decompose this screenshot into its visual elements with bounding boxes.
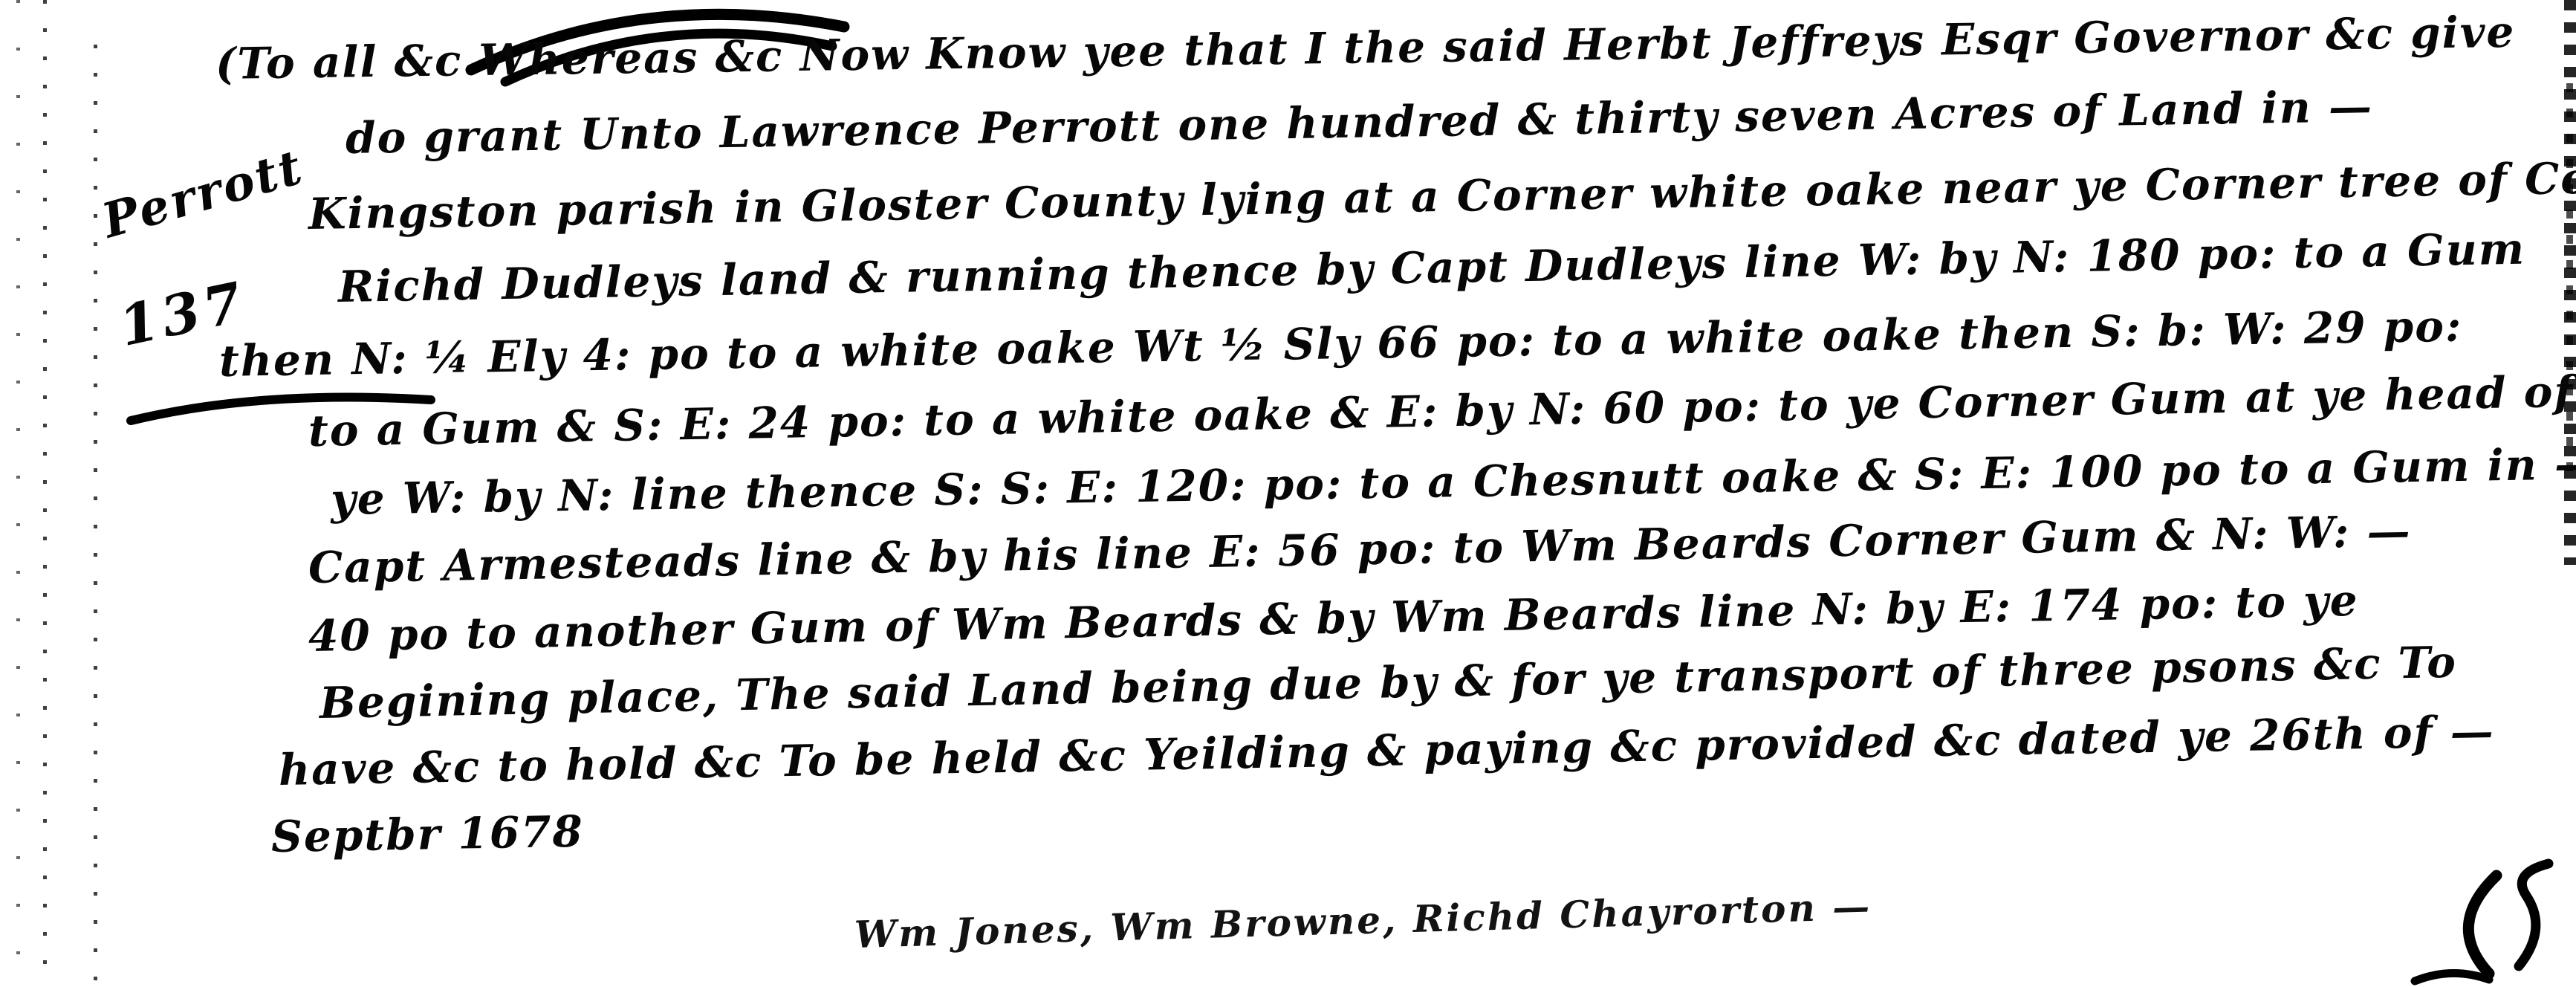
binding-speckles-gutter [94, 45, 97, 987]
binding-speckles-outer [16, 0, 20, 987]
binding-speckles-inner [43, 0, 47, 987]
text-line-2: do grant Unto Lawrence Perrott one hundr… [345, 81, 2373, 164]
text-line-6: to a Gum & S: E: 24 po: to a white oake … [308, 366, 2575, 456]
witness-line: Wm Jones, Wm Browne, Richd Chayrorton — [854, 884, 1872, 957]
corner-ink-strokes-icon [2400, 855, 2571, 985]
text-line-12: Septbr 1678 [270, 806, 584, 862]
manuscript-page: Perrott 137 (To all &c Whereas &c Now Kn… [0, 0, 2576, 987]
text-line-3: Kingston parish in Gloster County lying … [308, 152, 2576, 239]
scan-edge-right-inner [2566, 67, 2573, 483]
text-line-4: Richd Dudleys land & running thence by C… [337, 224, 2525, 312]
margin-note-name: Perrott [97, 139, 310, 250]
